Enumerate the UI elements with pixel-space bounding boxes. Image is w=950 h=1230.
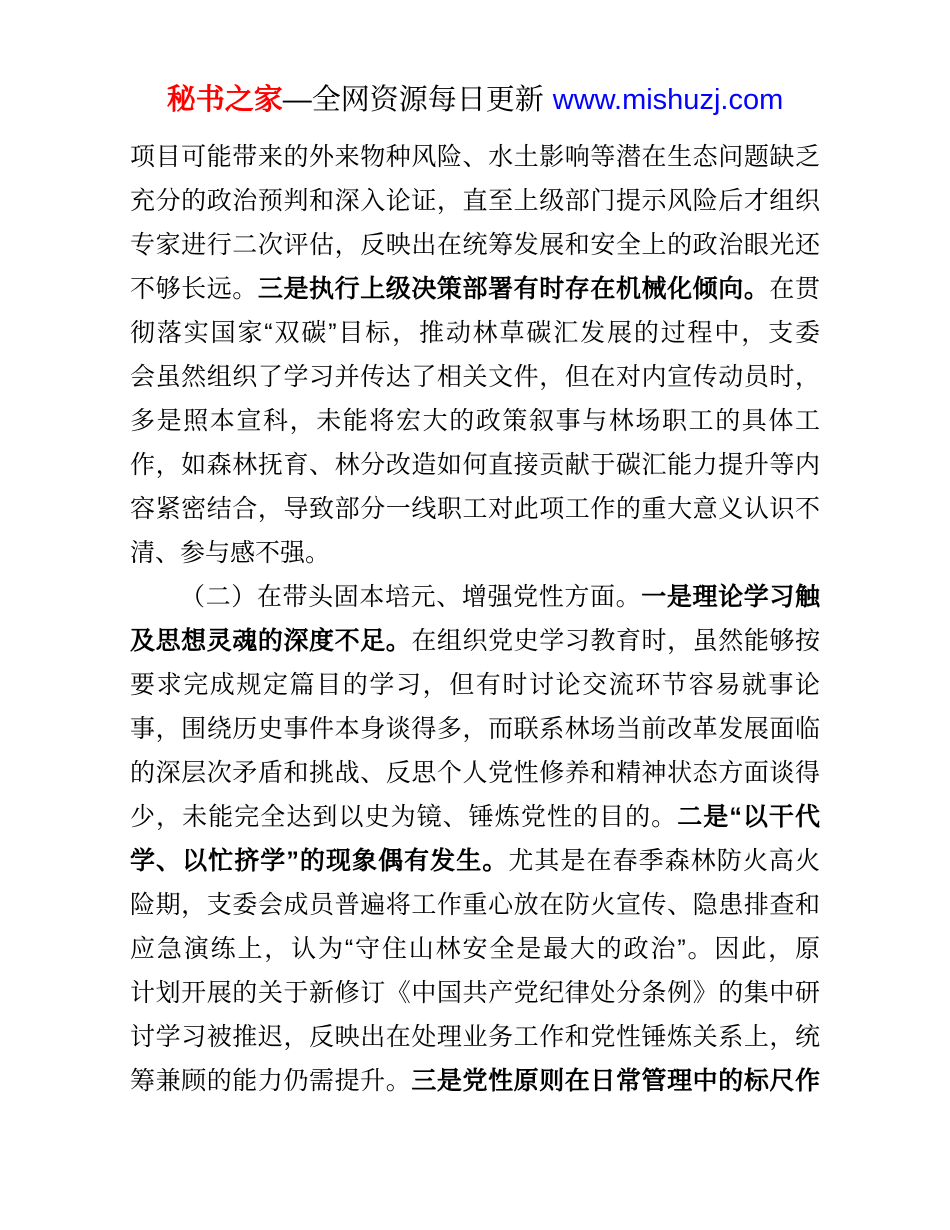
body-text: 会虽然组织了学习并传达了相关文件，但在对内宣传动员时， xyxy=(130,363,820,391)
text-line: 要求完成规定篇目的学习，但有时讨论交流环节容易就事论 xyxy=(130,663,820,707)
text-line: 充分的政治预判和深入论证，直至上级部门提示风险后才组织 xyxy=(130,179,820,223)
paragraph: （二）在带头固本培元、增强党性方面。一是理论学习触及思想灵魂的深度不足。在组织党… xyxy=(130,575,820,1103)
text-line: 少，未能完全达到以史为镜、锤炼党性的目的。二是“以干代 xyxy=(130,795,820,839)
emphasis-text: 三是执行上级决策部署有时存在机械化倾向。 xyxy=(258,275,770,303)
text-line: 容紧密结合，导致部分一线职工对此项工作的重大意义认识不 xyxy=(130,487,820,531)
emphasis-text: 三是党性原则在日常管理中的标尺作 xyxy=(411,1067,820,1095)
body-text: 讨学习被推迟，反映出在处理业务工作和党性锤炼关系上，统 xyxy=(130,1023,820,1051)
body-text: 计划开展的关于新修订《中国共产党纪律处分条例》的集中研 xyxy=(130,979,820,1007)
emphasis-text: 一是理论学习触 xyxy=(641,583,820,611)
site-brand: 秘书之家 xyxy=(167,84,283,116)
text-line: （二）在带头固本培元、增强党性方面。一是理论学习触 xyxy=(130,575,820,619)
text-line: 作，如森林抚育、林分改造如何直接贡献于碳汇能力提升等内 xyxy=(130,443,820,487)
body-text: 在贯 xyxy=(769,275,820,303)
text-line: 项目可能带来的外来物种风险、水土影响等潜在生态问题缺乏 xyxy=(130,135,820,179)
body-text: 彻落实国家“双碳”目标，推动林草碳汇发展的过程中，支委 xyxy=(130,319,820,347)
text-line: 清、参与感不强。 xyxy=(130,531,820,575)
body-text: 充分的政治预判和深入论证，直至上级部门提示风险后才组织 xyxy=(130,187,820,215)
body-text: 在组织党史学习教育时，虽然能够按 xyxy=(411,627,820,655)
site-tagline: —全网资源每日更新 xyxy=(283,84,544,116)
body-text: 不够长远。 xyxy=(130,275,258,303)
text-line: 学、以忙挤学”的现象偶有发生。尤其是在春季森林防火高火 xyxy=(130,839,820,883)
site-url-link[interactable]: www.mishuzj.com xyxy=(553,84,783,116)
text-line: 多是照本宣科，未能将宏大的政策叙事与林场职工的具体工 xyxy=(130,399,820,443)
body-text: 事，围绕历史事件本身谈得多，而联系林场当前改革发展面临 xyxy=(130,715,820,743)
text-line: 彻落实国家“双碳”目标，推动林草碳汇发展的过程中，支委 xyxy=(130,311,820,355)
body-text: 应急演练上，认为“守住山林安全是最大的政治”。因此，原 xyxy=(130,935,820,963)
document-page: 秘书之家—全网资源每日更新www.mishuzj.com 项目可能带来的外来物种… xyxy=(0,0,950,1230)
body-text: 筹兼顾的能力仍需提升。 xyxy=(130,1067,411,1095)
text-line: 计划开展的关于新修订《中国共产党纪律处分条例》的集中研 xyxy=(130,971,820,1015)
text-line: 会虽然组织了学习并传达了相关文件，但在对内宣传动员时， xyxy=(130,355,820,399)
text-line: 险期，支委会成员普遍将工作重心放在防火宣传、隐患排查和 xyxy=(130,883,820,927)
emphasis-text: 二是“以干代 xyxy=(677,803,820,831)
body-text: 专家进行二次评估，反映出在统筹发展和安全上的政治眼光还 xyxy=(130,231,820,259)
body-text: 要求完成规定篇目的学习，但有时讨论交流环节容易就事论 xyxy=(130,671,820,699)
text-line: 及思想灵魂的深度不足。在组织党史学习教育时，虽然能够按 xyxy=(130,619,820,663)
body-text: 尤其是在春季森林防火高火 xyxy=(508,847,820,875)
body-text: 多是照本宣科，未能将宏大的政策叙事与林场职工的具体工 xyxy=(130,407,820,435)
text-line: 的深层次矛盾和挑战、反思个人党性修养和精神状态方面谈得 xyxy=(130,751,820,795)
text-line: 应急演练上，认为“守住山林安全是最大的政治”。因此，原 xyxy=(130,927,820,971)
body-text: （二）在带头固本培元、增强党性方面。 xyxy=(180,583,641,611)
emphasis-text: 及思想灵魂的深度不足。 xyxy=(130,627,411,655)
text-line: 不够长远。三是执行上级决策部署有时存在机械化倾向。在贯 xyxy=(130,267,820,311)
text-line: 讨学习被推迟，反映出在处理业务工作和党性锤炼关系上，统 xyxy=(130,1015,820,1059)
paragraph: 项目可能带来的外来物种风险、水土影响等潜在生态问题缺乏充分的政治预判和深入论证，… xyxy=(130,135,820,575)
document-body: 项目可能带来的外来物种风险、水土影响等潜在生态问题缺乏充分的政治预判和深入论证，… xyxy=(130,135,820,1103)
body-text: 作，如森林抚育、林分改造如何直接贡献于碳汇能力提升等内 xyxy=(130,451,820,479)
body-text: 清、参与感不强。 xyxy=(130,539,330,567)
emphasis-text: 学、以忙挤学”的现象偶有发生。 xyxy=(130,847,508,875)
body-text: 险期，支委会成员普遍将工作重心放在防火宣传、隐患排查和 xyxy=(130,891,820,919)
text-line: 事，围绕历史事件本身谈得多，而联系林场当前改革发展面临 xyxy=(130,707,820,751)
text-line: 筹兼顾的能力仍需提升。三是党性原则在日常管理中的标尺作 xyxy=(130,1059,820,1103)
text-line: 专家进行二次评估，反映出在统筹发展和安全上的政治眼光还 xyxy=(130,223,820,267)
body-text: 项目可能带来的外来物种风险、水土影响等潜在生态问题缺乏 xyxy=(130,143,820,171)
site-header: 秘书之家—全网资源每日更新www.mishuzj.com xyxy=(0,84,950,116)
body-text: 少，未能完全达到以史为镜、锤炼党性的目的。 xyxy=(130,803,677,831)
body-text: 容紧密结合，导致部分一线职工对此项工作的重大意义认识不 xyxy=(130,495,820,523)
body-text: 的深层次矛盾和挑战、反思个人党性修养和精神状态方面谈得 xyxy=(130,759,820,787)
